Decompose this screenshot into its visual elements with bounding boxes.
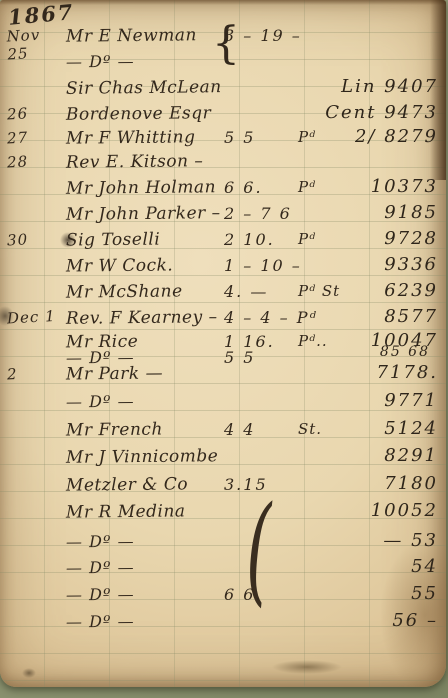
row-ref-number: 2/ 8279 xyxy=(318,126,438,147)
row-date: 2 xyxy=(7,363,64,384)
row-ref-number: 55 xyxy=(318,583,438,604)
row-name: Metzler & Co xyxy=(66,474,188,495)
row-ref-number: 10052 xyxy=(318,500,438,521)
row-name: Mr French xyxy=(66,419,163,440)
row-ref-number: 8577 xyxy=(318,306,438,327)
ledger-row: — Dº —54 xyxy=(0,558,446,584)
row-ref-number: 9771 xyxy=(318,390,438,411)
row-name: — Dº — xyxy=(66,532,135,552)
ledger-page: 1867 Nov 25Mr E Newman{3 – 19 –— Dº —Sir… xyxy=(0,0,446,687)
row-ref-number: 7178. xyxy=(318,362,438,383)
ledger-row: Mr J Vinnicombe8291 xyxy=(0,447,446,473)
row-paid-mark: Pᵈ xyxy=(298,128,316,146)
row-name: — Dº — xyxy=(66,558,135,578)
row-date: 27 xyxy=(7,127,64,148)
ledger-row: Mr R Medina(10052 xyxy=(0,502,446,528)
row-name: — Dº — xyxy=(66,585,135,605)
row-ref-number: 6239 xyxy=(318,280,438,301)
ledger-row: — Dº —6 6.55 xyxy=(0,585,446,611)
row-paid-mark: Pᵈ xyxy=(298,178,316,196)
scanned-ledger-photo: { "page": { "year": "1867", "colors": { … xyxy=(0,0,448,698)
row-name: Bordenove Esqr xyxy=(66,103,211,125)
row-date: 28 xyxy=(7,151,64,172)
row-ref-number: — 53 xyxy=(318,530,438,551)
row-paid-mark: Pᵈ xyxy=(298,230,316,248)
row-name: Mr E Newman xyxy=(66,25,197,46)
row-ref-number: 7180 xyxy=(318,473,438,494)
row-name: Mr F Whitting xyxy=(66,127,196,148)
row-name: Mr John Parker – xyxy=(66,203,221,225)
ledger-row: — Dº — xyxy=(0,52,446,78)
row-name: — Dº — xyxy=(66,612,135,632)
row-date: 30 xyxy=(7,229,64,250)
ledger-row: — Dº —56 – xyxy=(0,612,446,638)
row-amount: 6 6. xyxy=(224,585,263,604)
ledger-row: 30Sig Toselli2 10.Pᵈ9728 xyxy=(0,230,446,256)
row-name: Mr R Medina xyxy=(66,501,186,522)
row-ref-number: 9185 xyxy=(318,202,438,223)
row-ref-number: 56 – xyxy=(318,610,438,631)
row-ref-number: 5124 xyxy=(318,418,438,439)
row-ref-number: 10373 xyxy=(318,176,438,197)
row-name: Mr John Holman xyxy=(66,177,216,199)
ledger-row: — Dº —— 53 xyxy=(0,532,446,558)
row-name: Sig Toselli xyxy=(66,230,160,251)
row-name: Mr J Vinnicombe xyxy=(66,446,218,468)
ledger-row: — Dº —9771 xyxy=(0,392,446,418)
row-name: Mr McShane xyxy=(66,281,183,302)
row-amount: 3 – 19 – xyxy=(224,26,302,45)
row-ref-number: Lin 9407 xyxy=(318,76,438,97)
row-amount: 4 – 4 – Pᵈ xyxy=(224,308,318,327)
row-name: Mr W Cock. xyxy=(66,255,174,276)
row-name: Rev. F Kearney – xyxy=(66,307,218,329)
ledger-row: 28Rev E. Kitson – xyxy=(0,152,446,178)
row-date: Dec 1 xyxy=(7,307,64,328)
row-date: 26 xyxy=(7,103,64,124)
row-ref-number: 9336 xyxy=(318,254,438,275)
row-name: Mr Park — xyxy=(66,363,163,384)
row-amount: 6 6. xyxy=(224,178,263,197)
ledger-row: Mr W Cock.1 – 10 –9336 xyxy=(0,256,446,282)
ledger-row: Sir Chas McLeanLin 9407 xyxy=(0,78,446,104)
ledger-rows: Nov 25Mr E Newman{3 – 19 –— Dº —Sir Chas… xyxy=(0,0,446,687)
ledger-row: Mr McShane4. —Pᵈ St6239 xyxy=(0,282,446,308)
ledger-row: Mr John Parker –2 – 7 69185 xyxy=(0,204,446,230)
row-ref-number: Cent 9473 xyxy=(318,102,438,123)
row-ref-number: 9728 xyxy=(318,228,438,249)
ledger-row: 27Mr F Whitting5 5Pᵈ2/ 8279 xyxy=(0,128,446,154)
ledger-row: 2Mr Park —7178. xyxy=(0,364,446,390)
ledger-row: Mr French4 4St.5124 xyxy=(0,420,446,446)
row-amount: 4 4 xyxy=(224,420,255,439)
row-amount: 5 5 xyxy=(224,128,255,147)
row-amount: 2 10. xyxy=(224,230,275,249)
row-name: — Dº — xyxy=(66,52,135,72)
row-amount: 1 – 10 – xyxy=(224,256,302,275)
row-name: Rev E. Kitson – xyxy=(66,151,204,172)
row-ref-number: 54 xyxy=(318,556,438,577)
ledger-row: Metzler & Co3.157180 xyxy=(0,475,446,501)
row-amount: 2 – 7 6 xyxy=(224,204,292,223)
row-name: Sir Chas McLean xyxy=(66,77,222,99)
ledger-row: Nov 25Mr E Newman{3 – 19 – xyxy=(0,26,446,52)
row-ref-number: 8291 xyxy=(318,445,438,466)
row-amount: 4. — xyxy=(224,282,268,301)
row-name: — Dº — xyxy=(66,392,135,412)
ledger-row: Mr John Holman6 6.Pᵈ10373 xyxy=(0,178,446,204)
